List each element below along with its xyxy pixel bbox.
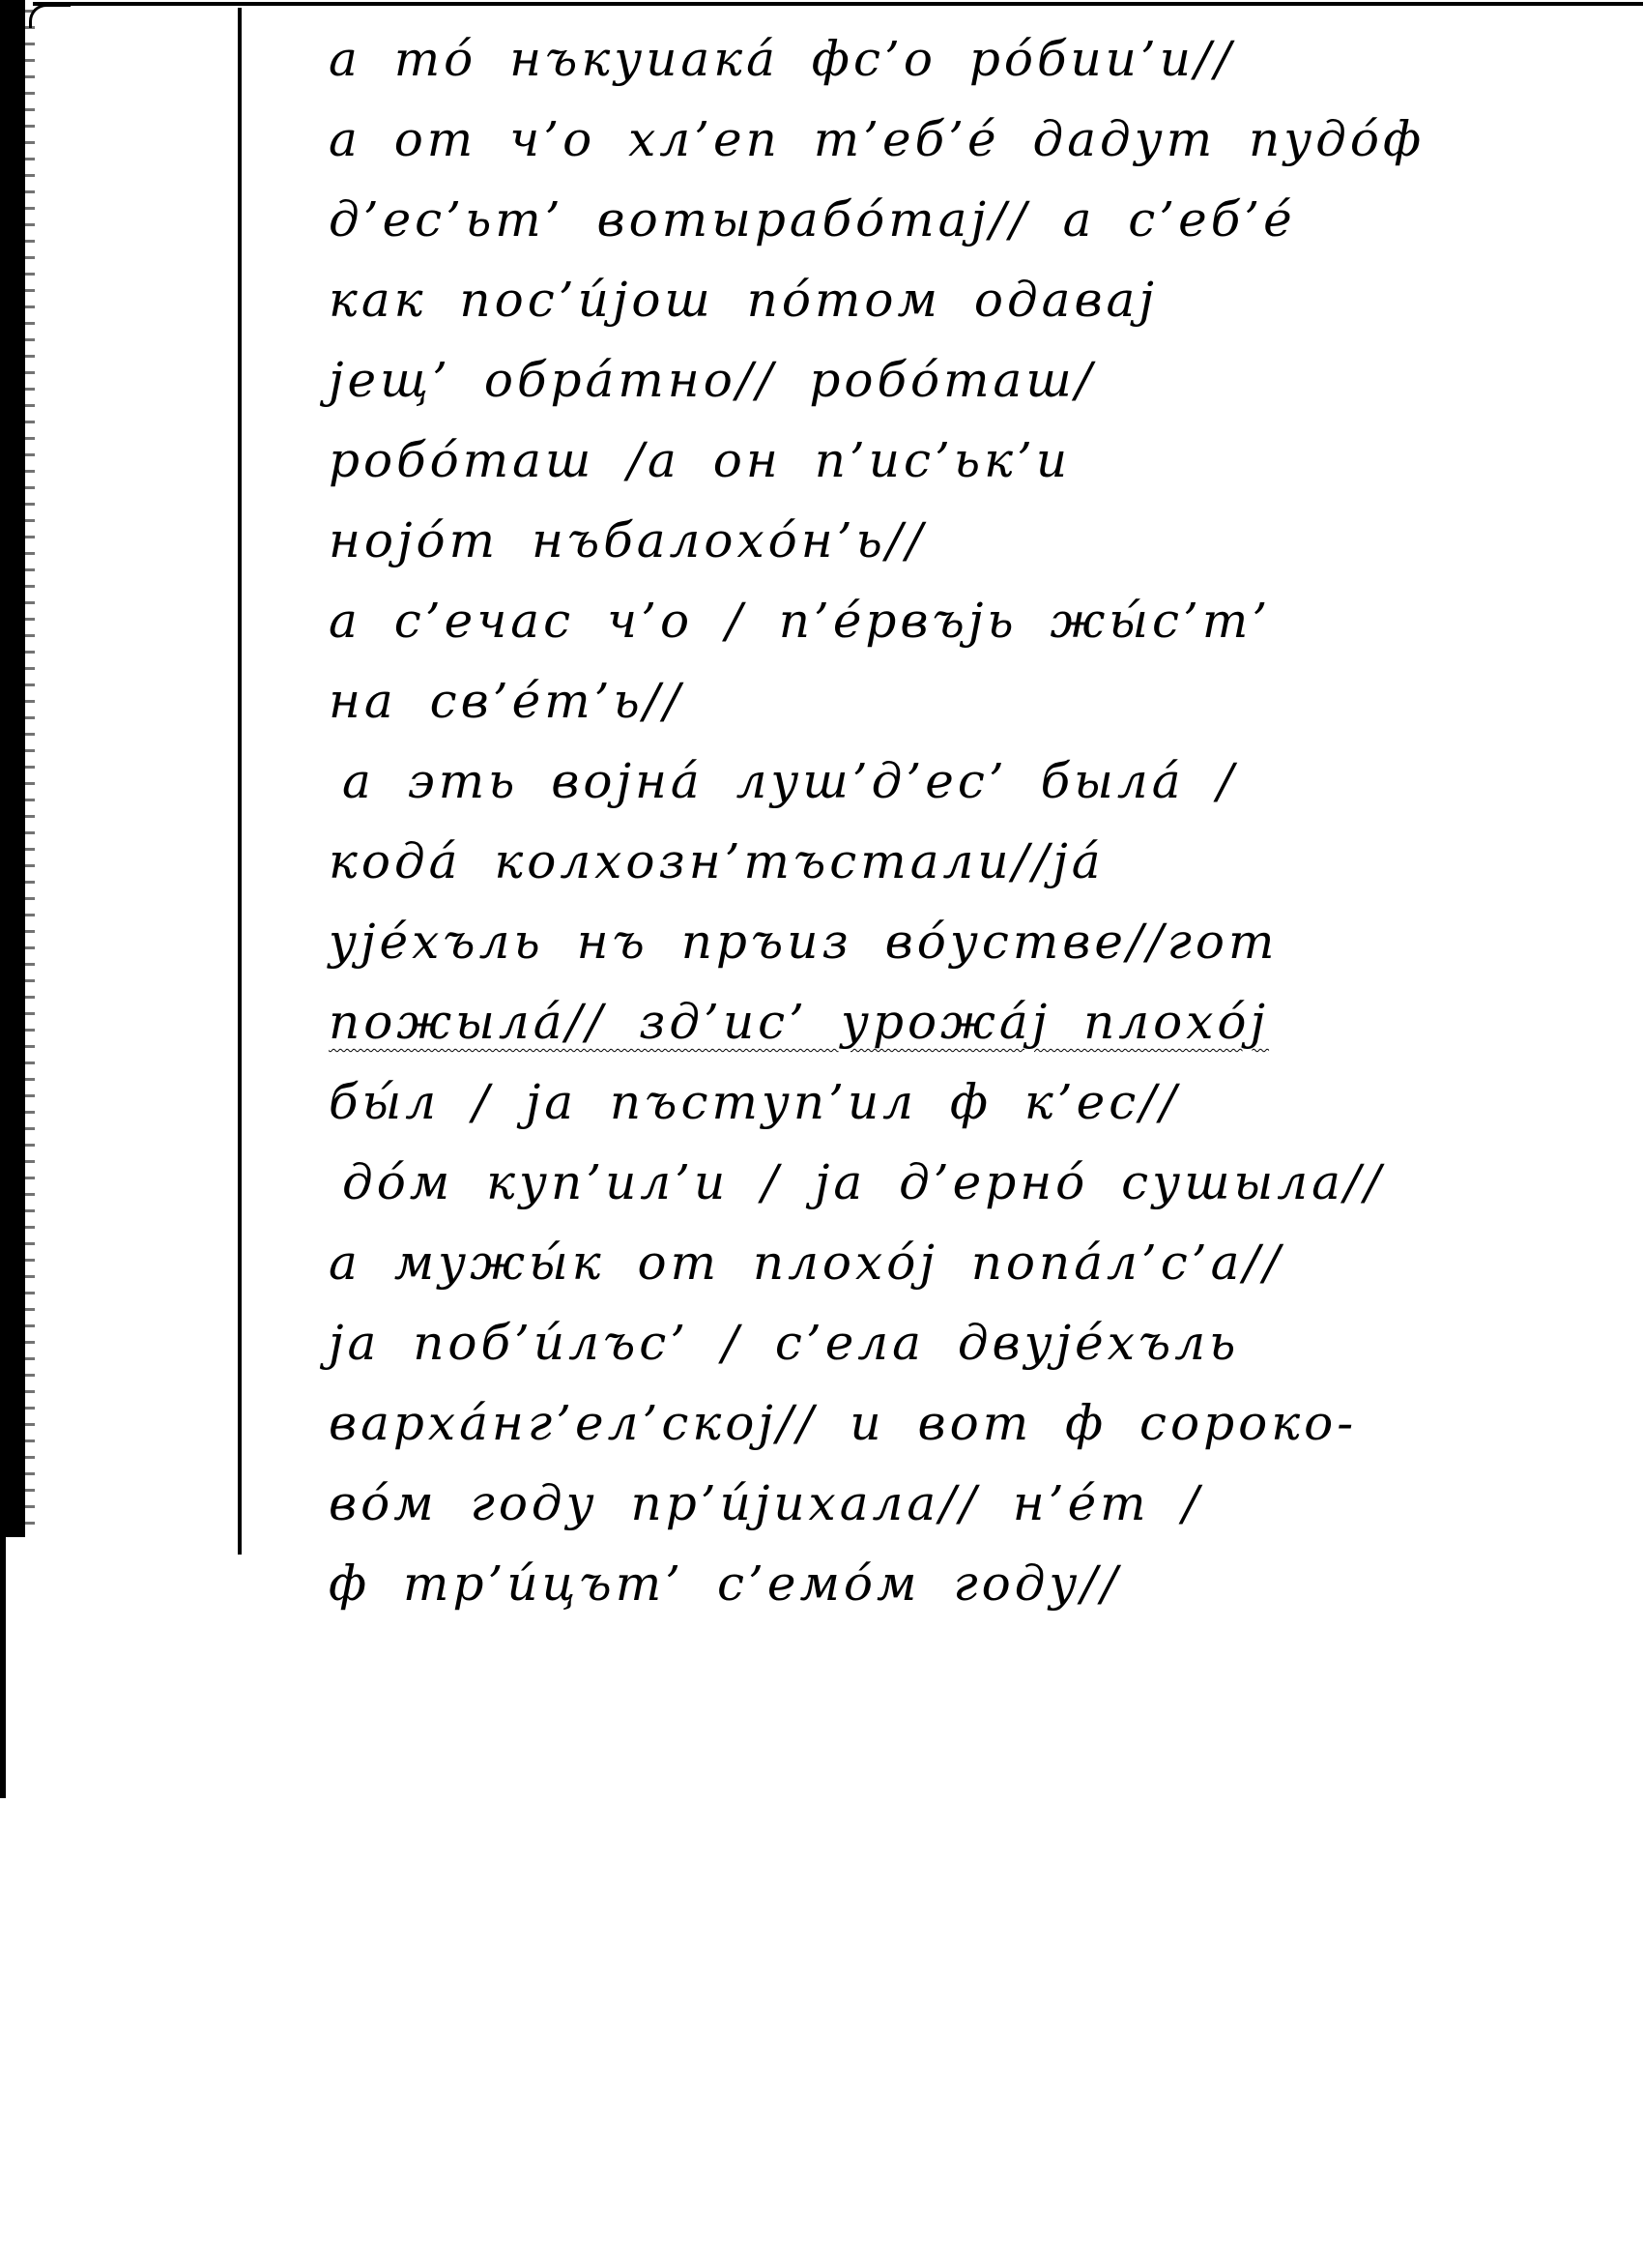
handwritten-line-3: д’ес’ьт’ вотырабо́таj// а с’еб’е́ — [329, 180, 1585, 260]
binding-speckle — [21, 10, 35, 1537]
handwritten-line-12: уjе́хъль нъ пръиз во́устве//гот — [329, 902, 1585, 982]
handwritten-line-4: как пос’и́jош по́том одаваj — [329, 260, 1585, 340]
handwritten-line-1: а то́ нъкуиака́ фс’о ро́бии’и// — [329, 19, 1585, 100]
handwritten-line-19: во́м году пр’и́jихала// н’е́т / — [329, 1464, 1585, 1544]
handwritten-line-11: кода́ колхозн’тъстали//jа́ — [329, 822, 1585, 902]
top-page-edge — [33, 2, 1643, 6]
handwritten-line-14: бы́л / jа пъступ’ил ф к’ес// — [329, 1062, 1585, 1143]
handwritten-line-9: на св’е́т’ь// — [329, 661, 1585, 741]
handwritten-line-7: ноjо́т нъбалохо́н’ь// — [329, 501, 1585, 581]
handwritten-line-17: jа поб’и́лъс’ / с’ела двуjе́хъль — [329, 1303, 1585, 1383]
handwritten-line-13-underlined: пожыла́// зд’ис’ урожа́j плохо́j — [329, 982, 1585, 1062]
handwritten-line-20: ф тр’и́цът’ с’емо́м году// — [329, 1544, 1585, 1624]
handwritten-line-8: а с’ечас ч’о / п’е́рвъjь жы́с’т’ — [329, 581, 1585, 661]
scanned-page: а то́ нъкуиака́ фс’о ро́бии’и// а от ч’о… — [0, 0, 1643, 2268]
handwritten-line-2: а от ч’о хл’еп т’еб’е́ дадут пудо́ф — [329, 100, 1585, 180]
handwritten-line-6: робо́таш /а он п’ис’ьк’и — [329, 421, 1585, 501]
margin-line — [238, 8, 242, 1555]
binding-shadow-lower — [0, 1537, 6, 1798]
handwritten-text-block: а то́ нъкуиака́ фс’о ро́бии’и// а от ч’о… — [329, 19, 1585, 1624]
handwritten-line-5: jещ’ обра́тно// робо́таш/ — [329, 340, 1585, 421]
handwritten-line-16: а мужы́к от плохо́j попа́л’с’а// — [329, 1223, 1585, 1303]
handwritten-line-10: а эть воjна́ луш’д’ес’ была́ / — [329, 741, 1585, 822]
page-corner-curve — [29, 4, 71, 28]
handwritten-line-18: варха́нг’ел’скоj// и вот ф сороко- — [329, 1383, 1585, 1464]
handwritten-line-15: до́м куп’ил’и / jа д’ерно́ сушыла// — [329, 1143, 1585, 1223]
